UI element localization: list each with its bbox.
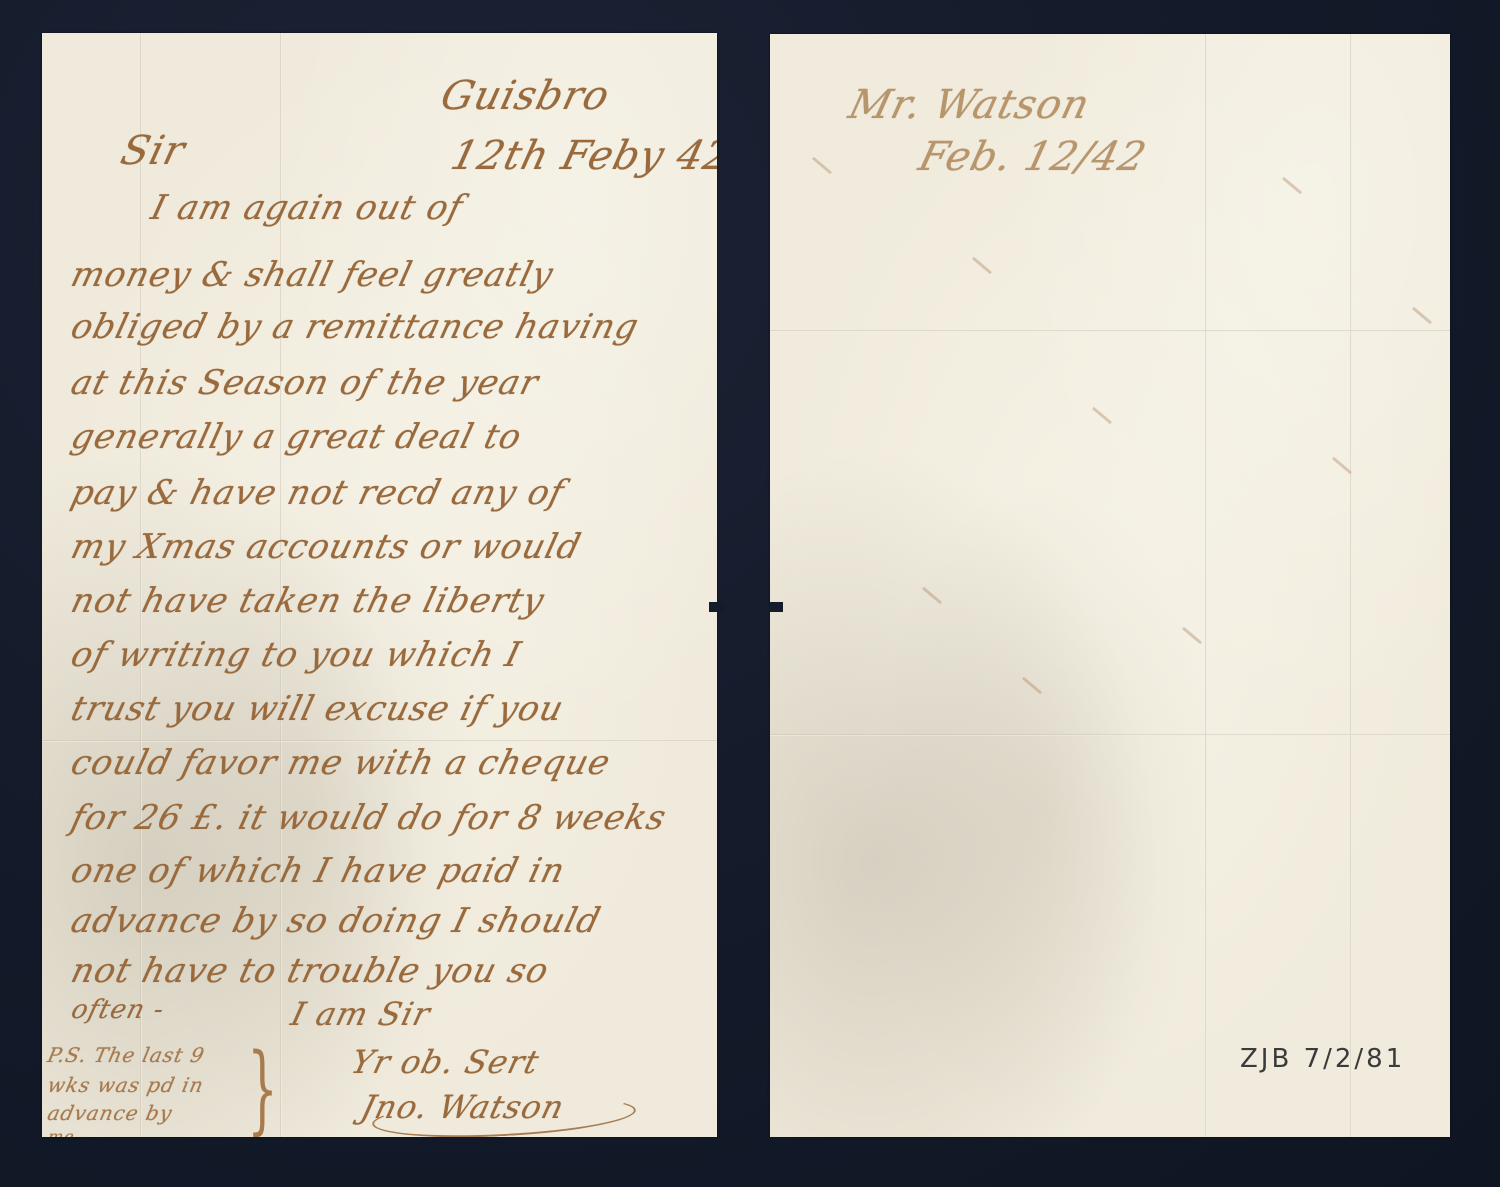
body-line: could favor me with a cheque (67, 743, 615, 783)
body-line: advance by so doing I should (67, 901, 605, 941)
page-notch-left (709, 602, 725, 612)
body-line: for 26 £. it would do for 8 weeks (67, 798, 671, 838)
body-line: trust you will excuse if you (67, 689, 568, 729)
postscript-line: P.S. The last 9 (45, 1043, 207, 1067)
body-line: of writing to you which I (67, 635, 525, 675)
postscript-brace: } (247, 1033, 278, 1137)
closing-line: I am Sir (287, 995, 434, 1033)
fold-line-horizontal (770, 330, 1450, 332)
fold-line-horizontal (42, 740, 717, 742)
letter-back-page: Mr. Watson Feb. 12/42 ZJB 7/2/81 (770, 34, 1450, 1137)
postscript-line: advance by (45, 1101, 174, 1125)
ink-bleed-through (1282, 177, 1302, 195)
ink-bleed-through (1022, 677, 1042, 695)
fold-line-vertical (1350, 34, 1352, 1137)
fold-line-vertical (1205, 34, 1207, 1137)
body-line: one of which I have paid in (67, 851, 570, 891)
ink-bleed-through (1092, 407, 1112, 425)
ink-bleed-through (812, 157, 832, 175)
letter-front-page: Sir Guisbro 12th Feby 42 I am again out … (42, 33, 717, 1137)
salutation: Sir (116, 128, 190, 174)
fold-line-horizontal (770, 734, 1450, 736)
page-notch-right (767, 602, 783, 612)
closing-line: Yr ob. Sert (347, 1043, 543, 1081)
ink-bleed-through (972, 257, 992, 275)
body-line: I am again out of (147, 188, 467, 228)
body-line: generally a great deal to (67, 417, 526, 457)
body-line: my Xmas accounts or would (67, 527, 585, 567)
body-line: not have to trouble you so (67, 951, 553, 991)
letter-place: Guisbro (436, 73, 614, 119)
docket-date: Feb. 12/42 (914, 134, 1151, 180)
archival-pencil-note: ZJB 7/2/81 (1240, 1044, 1405, 1074)
body-line: obliged by a remittance having (67, 307, 643, 347)
ink-bleed-through (1412, 307, 1432, 325)
docket-name: Mr. Watson (844, 82, 1095, 128)
postscript-line: wks was pd in (45, 1073, 206, 1097)
body-line: often - (68, 995, 167, 1025)
body-line: money & shall feel greatly (67, 255, 558, 295)
letter-date: 12th Feby 42 (446, 133, 717, 179)
body-line: not have taken the liberty (67, 581, 549, 621)
ink-bleed-through (922, 587, 942, 605)
body-line: pay & have not recd any of (67, 473, 568, 513)
ink-bleed-through (1182, 627, 1202, 645)
postscript-line: me - (46, 1127, 89, 1137)
body-line: at this Season of the year (67, 363, 543, 403)
